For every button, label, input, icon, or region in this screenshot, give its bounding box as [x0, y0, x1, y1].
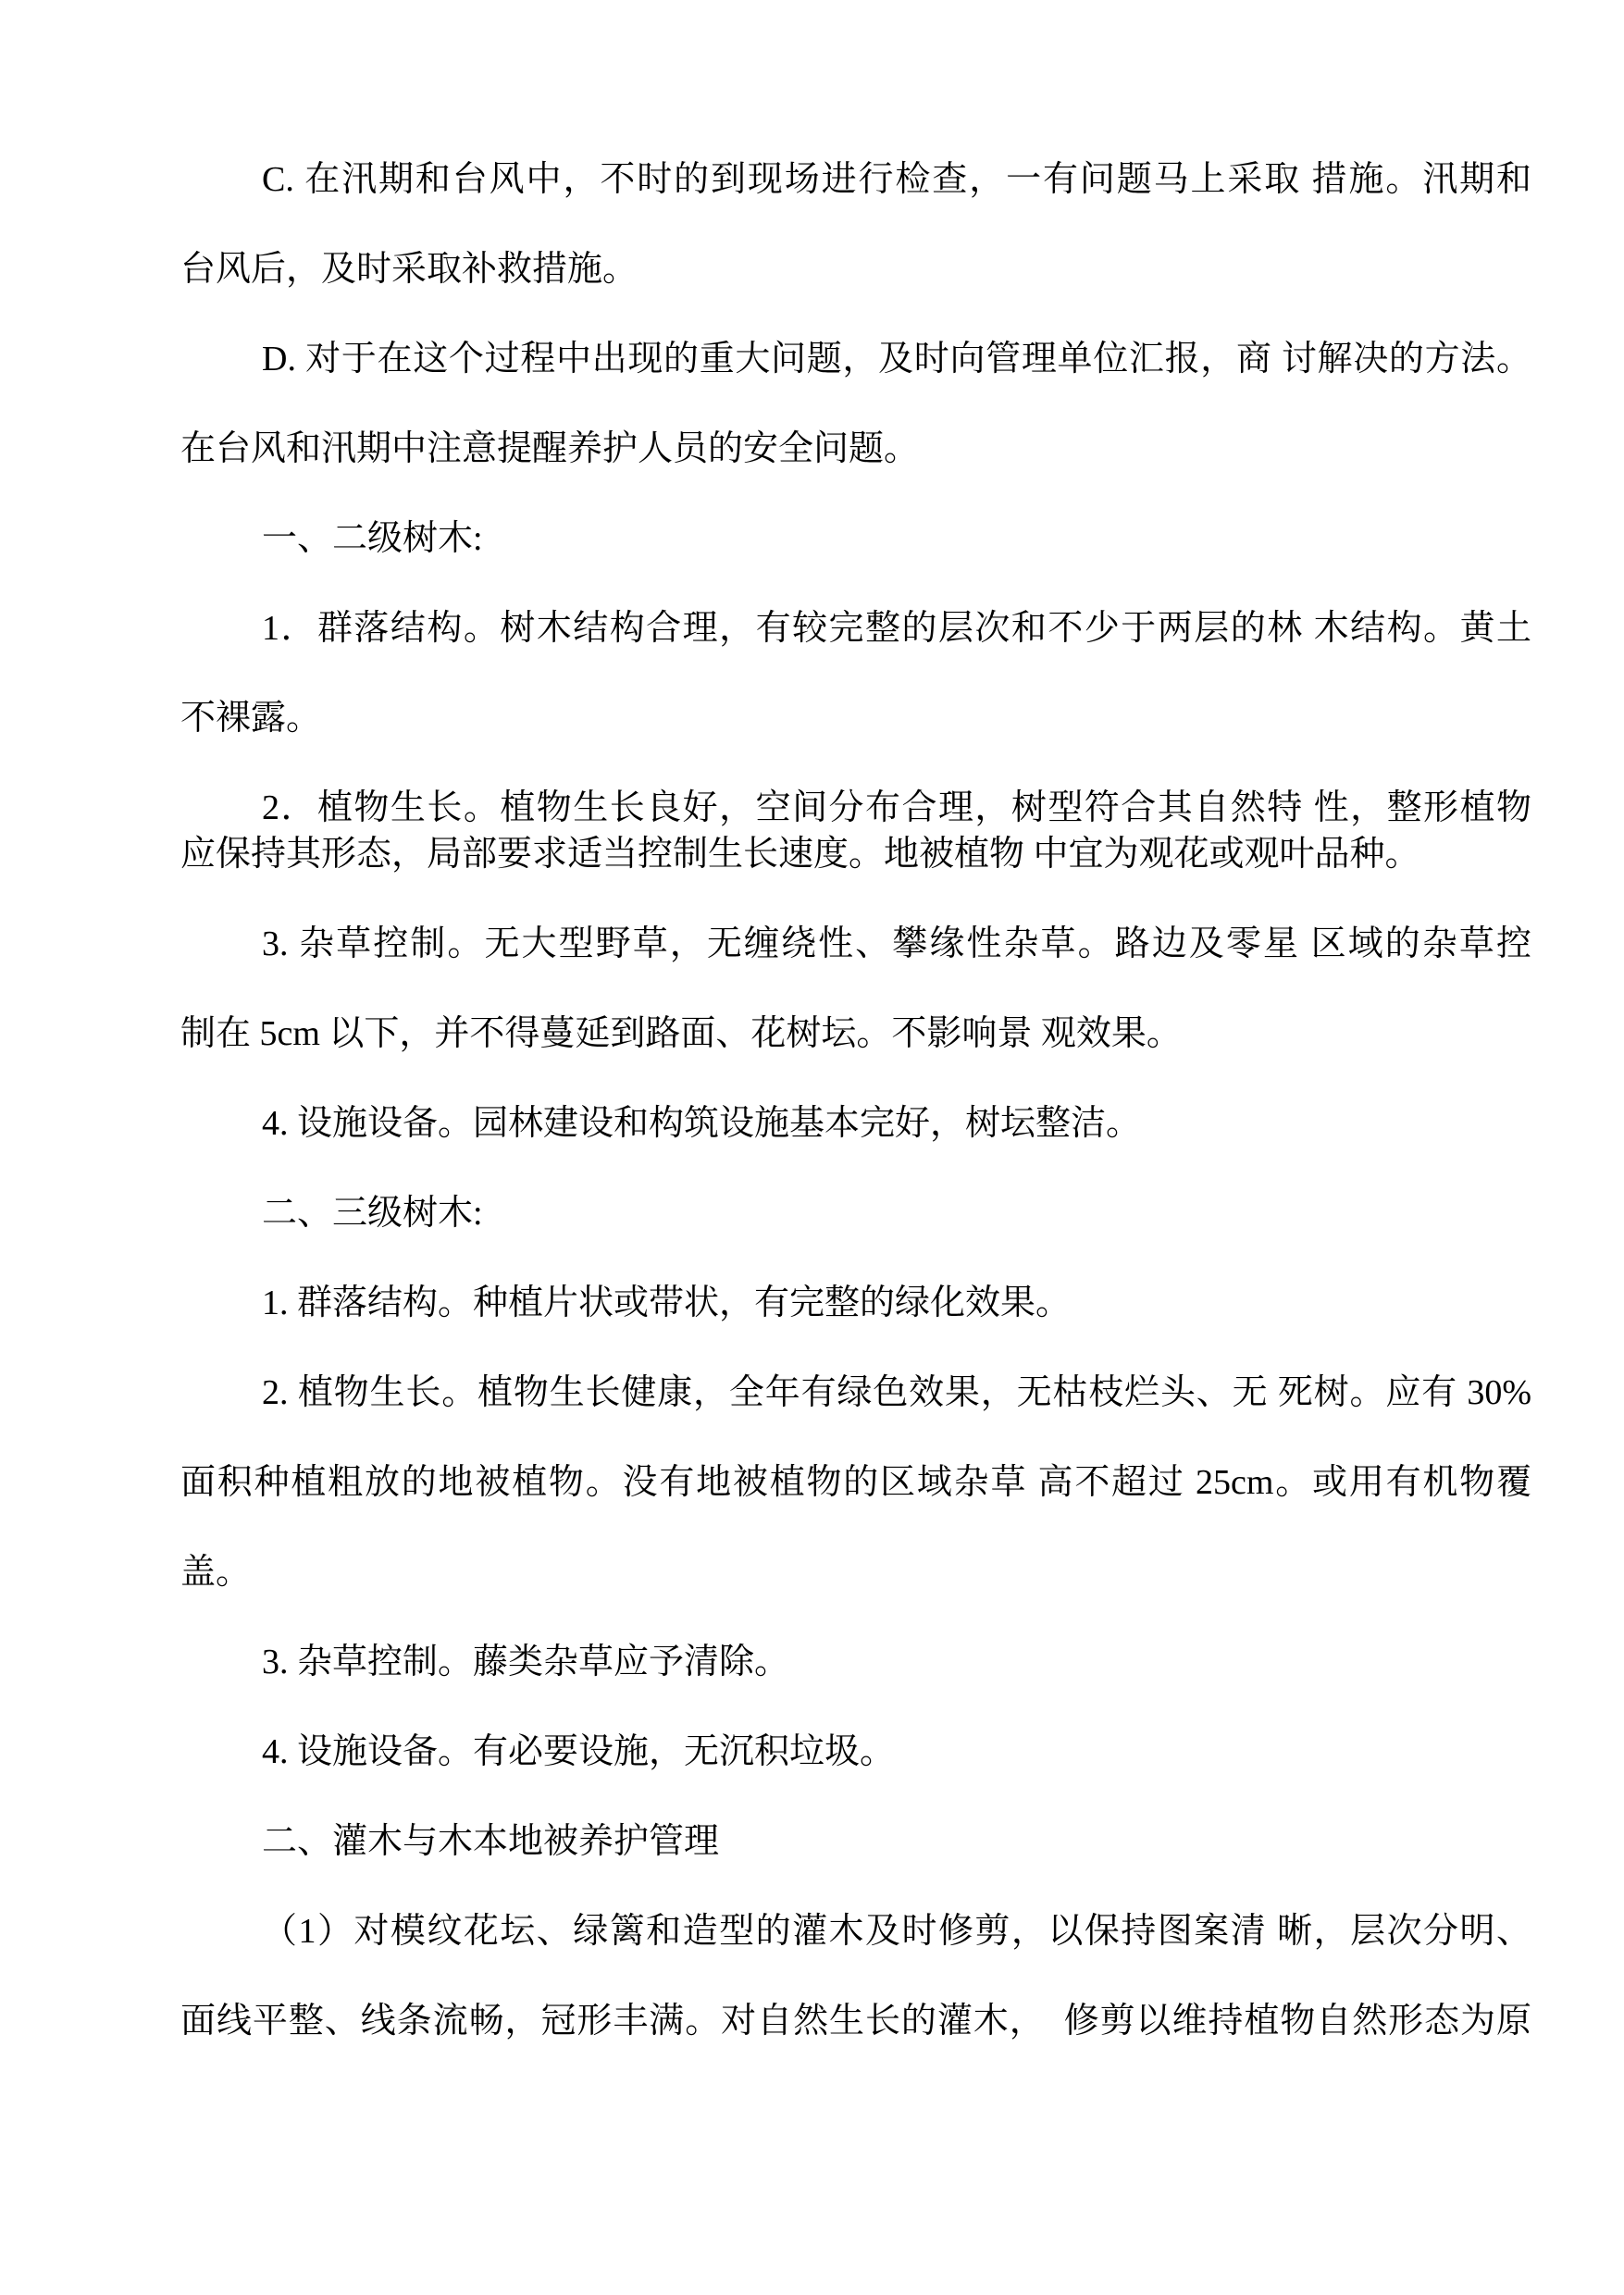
line-item-d: D. 对于在这个过程中出现的重大问题，及时向管理单位汇报，商 讨解决的方法。 [180, 337, 1531, 381]
heading-grade3-trees: 二、三级树木: [180, 1191, 1531, 1235]
line-weed-control: 3. 杂草控制。无大型野草，无缠绕性、攀缘性杂草。路边及零星 区域的杂草控 [180, 922, 1531, 966]
heading-grade2-trees: 一、二级树木: [180, 516, 1531, 561]
heading-shrub-maintenance: 二、灌木与木本地被养护管理 [180, 1819, 1531, 1864]
line-g3-plant-growth: 2. 植物生长。植物生长健康，全年有绿色效果，无枯枝烂头、无 死树。应有 30% [180, 1371, 1531, 1415]
line-facilities: 4. 设施设备。园林建设和构筑设施基本完好，树坛整洁。 [180, 1101, 1531, 1146]
line-item-d-continuation: 在台风和汛期中注意提醒养护人员的安全问题。 [180, 427, 1531, 471]
line-plant-growth: 2．植物生长。植物生长良好，空间分布合理，树型符合其自然特 性，整形植物 [180, 786, 1531, 830]
line-plant-growth-continuation: 应保持其形态，局部要求适当控制生长速度。地被植物 中宜为观花或观叶品种。 [180, 832, 1531, 876]
line-g3-community-structure: 1. 群落结构。种植片状或带状，有完整的绿化效果。 [180, 1281, 1531, 1325]
line-shrub-pruning: （1）对模纹花坛、绿篱和造型的灌木及时修剪，以保持图案清 晰，层次分明、 [180, 1909, 1531, 1954]
line-community-structure: 1．群落结构。树木结构合理，有较完整的层次和不少于两层的林 木结构。黄土 [180, 606, 1531, 651]
line-g3-plant-growth-end: 盖。 [180, 1550, 1531, 1594]
line-g3-facilities: 4. 设施设备。有必要设施，无沉积垃圾。 [180, 1730, 1531, 1774]
line-g3-plant-growth-continuation: 面积种植粗放的地被植物。没有地被植物的区域杂草 高不超过 25cm。或用有机物覆 [180, 1460, 1531, 1505]
line-shrub-pruning-continuation: 面线平整、线条流畅，冠形丰满。对自然生长的灌木， 修剪以维持植物自然形态为原 [180, 1999, 1531, 2043]
line-item-c: C. 在汛期和台风中，不时的到现场进行检查，一有问题马上采取 措施。汛期和 [180, 157, 1531, 202]
line-weed-control-continuation: 制在 5cm 以下，并不得蔓延到路面、花树坛。不影响景 观效果。 [180, 1011, 1531, 1056]
line-item-c-continuation: 台风后，及时采取补救措施。 [180, 247, 1531, 292]
line-g3-weed-control: 3. 杂草控制。藤类杂草应予清除。 [180, 1640, 1531, 1684]
document-page: C. 在汛期和台风中，不时的到现场进行检查，一有问题马上采取 措施。汛期和 台风… [0, 0, 1624, 2295]
line-community-structure-continuation: 不裸露。 [180, 696, 1531, 740]
